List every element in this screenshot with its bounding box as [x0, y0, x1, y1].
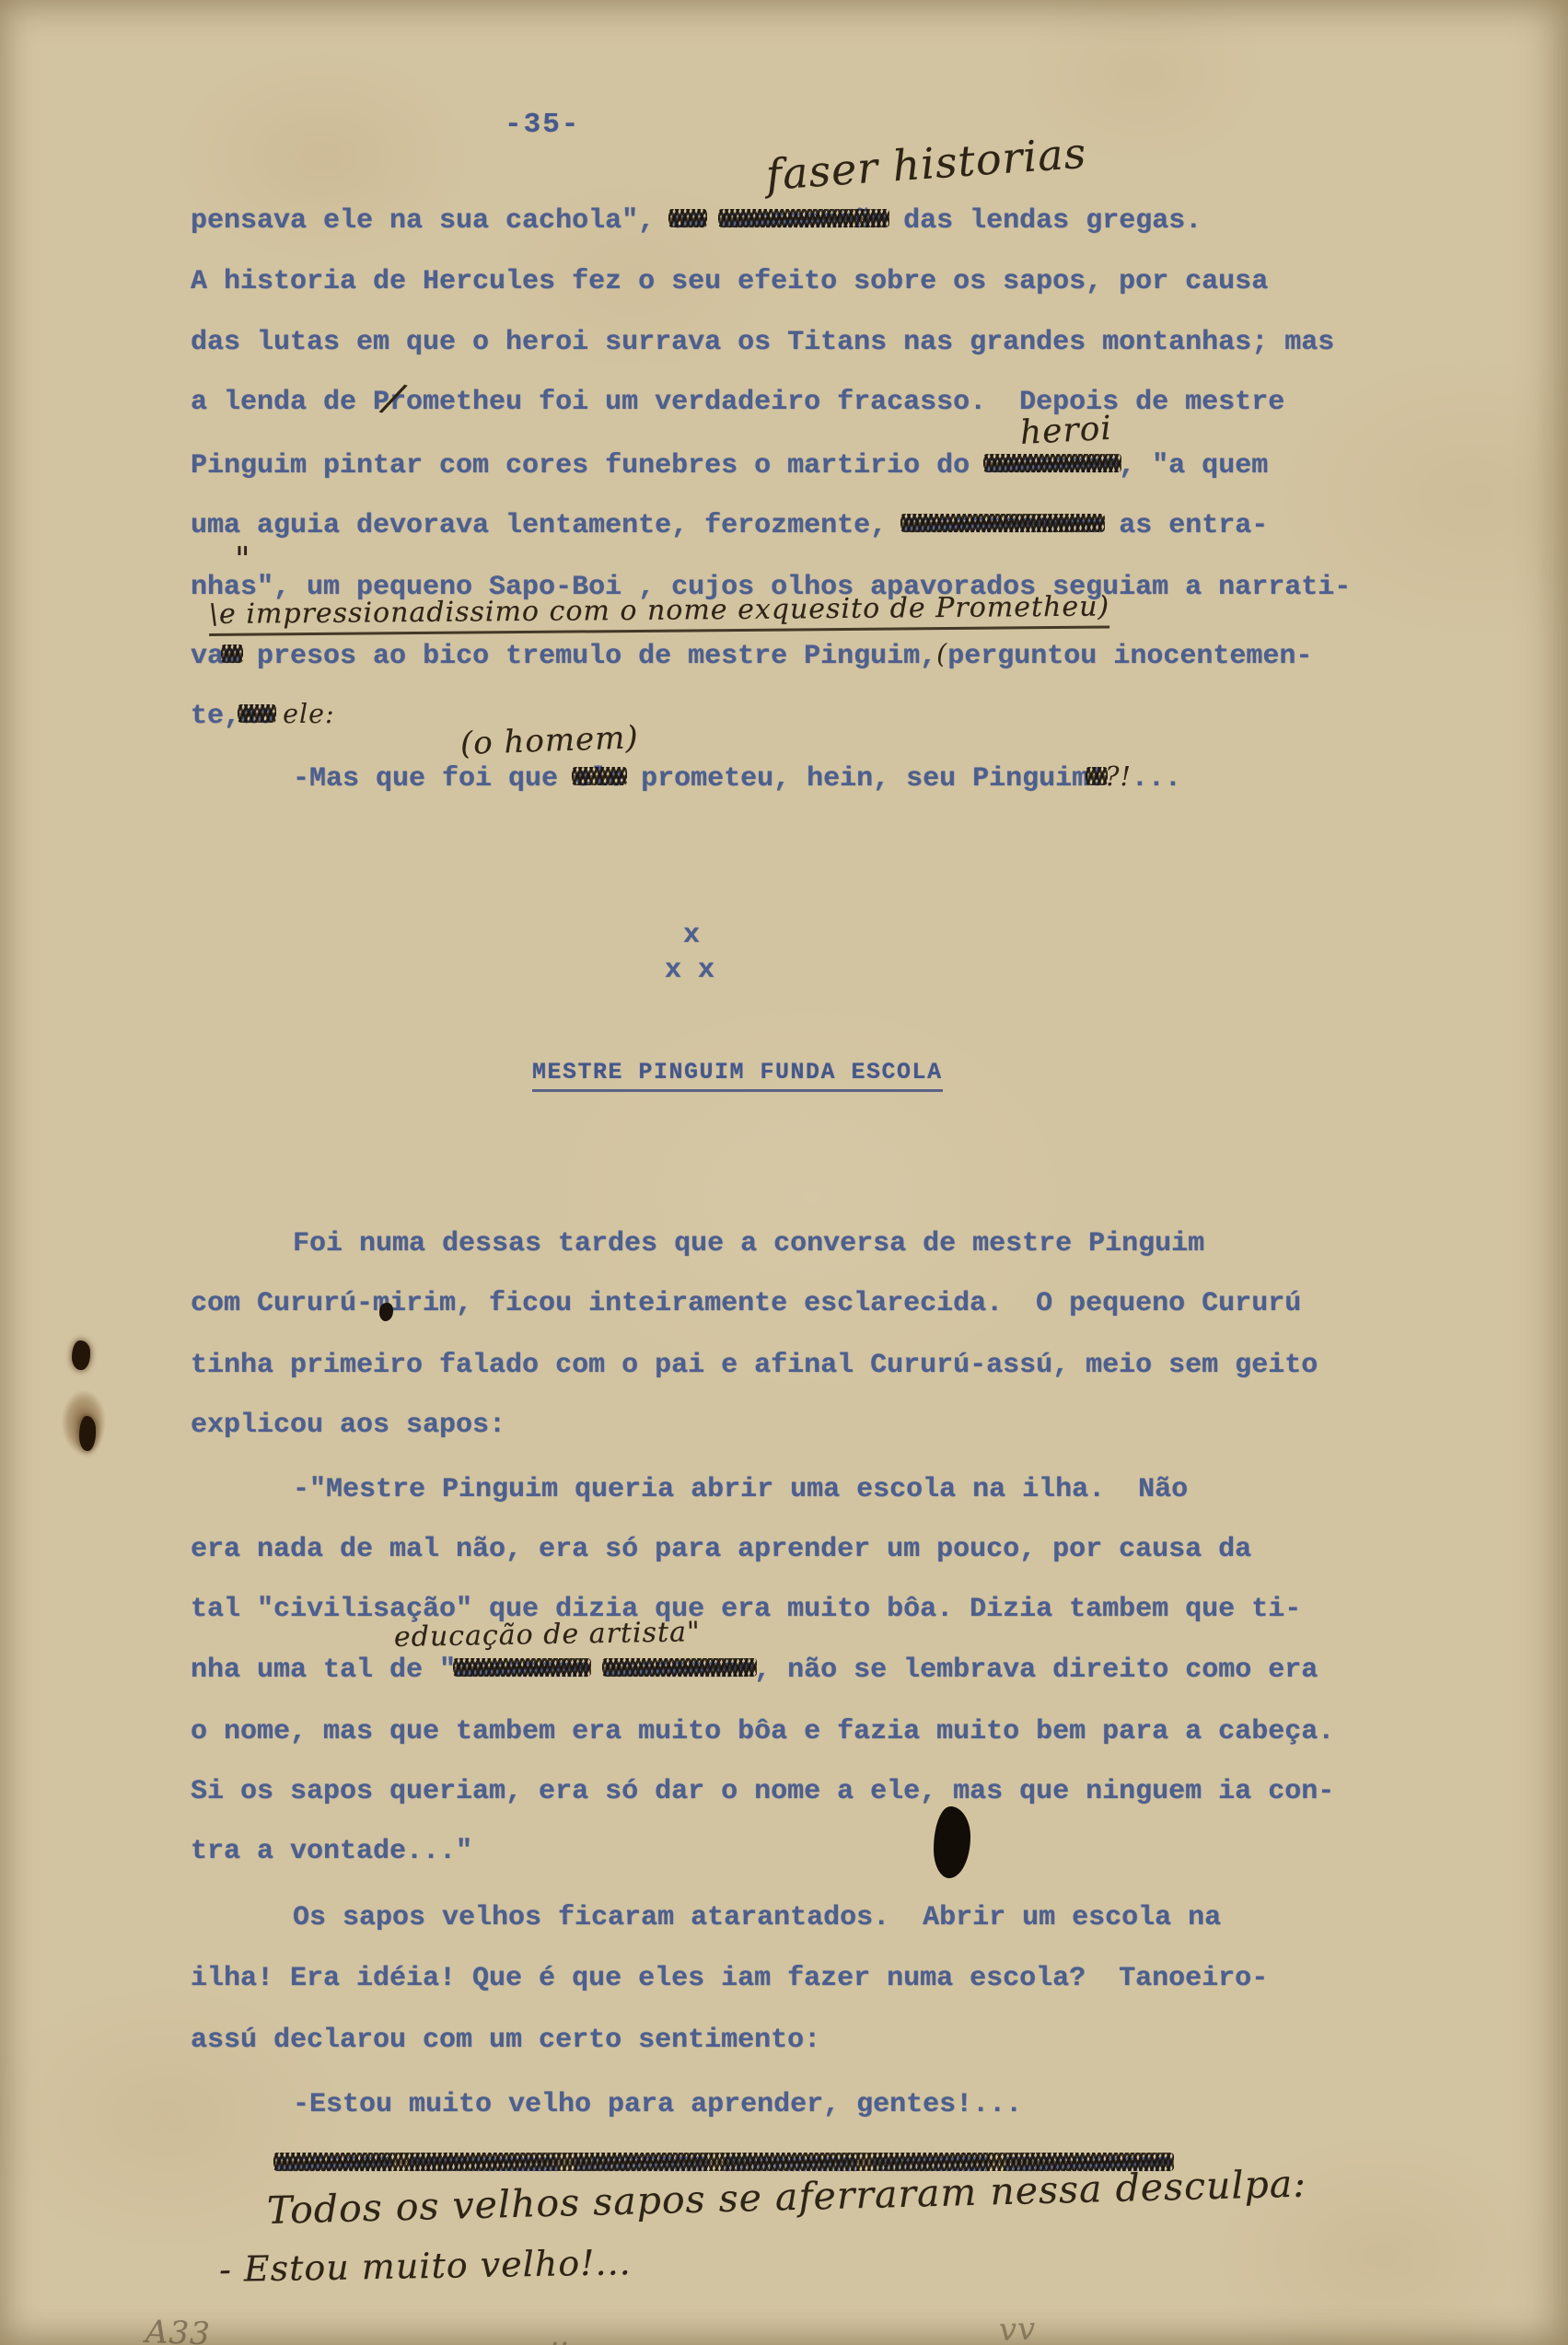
typed-text: Os sapos velhos ficaram atarantados. Abr… — [293, 1902, 1221, 1933]
struckout-text: mmmmmmmmm — [605, 1654, 754, 1686]
typed-text: das lutas em que o heroi surrava os Tita… — [191, 327, 1334, 358]
chapter-title: MESTRE PINGUIM FUNDA ESCOLA — [532, 1059, 943, 1092]
handwritten-annotation: heroi — [1019, 412, 1113, 451]
paper-stain — [79, 1416, 96, 1451]
handwritten-annotation: faser historias — [764, 131, 1087, 198]
typed-line: explicou aos sapos: — [191, 1410, 505, 1441]
cut-off-mark: vv — [998, 2314, 1037, 2345]
typed-text: o nome, mas que tambem era muito bôa e f… — [191, 1716, 1334, 1747]
typed-text: das lendas gregas. — [887, 205, 1202, 237]
typed-line: vam presos ao bico tremulo de mestre Pin… — [191, 640, 1312, 672]
typed-line: a lenda de Prometheu foi um verdadeiro f… — [191, 388, 1284, 418]
typed-text: ... — [1132, 763, 1181, 795]
typed-line: Foi numa dessas tardes que a conversa de… — [293, 1229, 1204, 1260]
typed-line: com Cururú-mirim, ficou inteiramente esc… — [191, 1289, 1301, 1319]
typed-line: -"Mestre Pinguim queria abrir uma escola… — [293, 1475, 1188, 1505]
typed-text: era nada de mal não, era só para aprende… — [191, 1534, 1251, 1565]
typed-text: tinha primeiro falado com o pai e afinal… — [191, 1350, 1318, 1381]
handwritten-annotation: (o homem) — [459, 722, 639, 760]
typed-text: Pinguim pintar com cores funebres o mart… — [191, 450, 986, 482]
struckout-text: mmmmmmmm — [986, 450, 1119, 482]
typed-text: -"Mestre Pinguim queria abrir uma escola… — [293, 1474, 1188, 1505]
typed-text: va — [191, 641, 224, 672]
typed-text: pensava ele na sua cachola", — [191, 205, 671, 237]
typed-line: -Mas que foi que ele prometeu, hein, seu… — [293, 762, 1181, 795]
typed-text: assú declarou com um certo sentimento: — [191, 2025, 820, 2056]
typed-text: nha uma tal de " — [191, 1654, 456, 1686]
handwritten-annotation: educação de artista" — [394, 1618, 701, 1652]
typed-text: tal "civilisação" que dizia que era muit… — [191, 1594, 1301, 1625]
handwritten-annotation: \e impressionadissimo com o nome exquesi… — [209, 592, 1110, 635]
section-separator: x — [683, 921, 700, 951]
typed-line: Pinguim pintar com cores funebres o mart… — [191, 451, 1268, 482]
typed-line: o nome, mas que tambem era muito bôa e f… — [191, 1717, 1334, 1747]
typed-line: tra a vontade..." — [191, 1837, 472, 1867]
struckout-text: mmmmmmmmmmmm — [903, 510, 1102, 541]
typed-line: A historia de Hercules fez o seu efeito … — [191, 267, 1268, 297]
typed-line: assú declarou com um certo sentimento: — [191, 2026, 820, 2056]
typed-line: pensava ele na sua cachola", um mmmmmmmm… — [191, 206, 1202, 237]
typed-line: ilha! Era idéia! Que é que eles iam faze… — [191, 1964, 1268, 1994]
typed-text: tra a vontade..." — [191, 1836, 472, 1867]
handwritten-correction: ele: — [273, 699, 335, 729]
section-separator: x x — [665, 956, 714, 986]
typed-line: -Estou muito velho para aprender, gentes… — [293, 2090, 1022, 2120]
typed-line: tinha primeiro falado com o pai e afinal… — [191, 1351, 1318, 1381]
paper-stain — [72, 1341, 90, 1370]
handwritten-correction: ( — [936, 639, 947, 669]
struckout-text: mmmmmmmmñm — [721, 205, 887, 237]
page-number: -35- — [505, 109, 580, 141]
typed-text: A historia de Hercules fez o seu efeito … — [191, 266, 1268, 297]
typed-text: uma aguia devorava lentamente, ferozment… — [191, 510, 903, 541]
typed-text: as entra- — [1102, 510, 1268, 541]
typed-line: Si os sapos queriam, era só dar o nome a… — [191, 1777, 1334, 1807]
typed-text: perguntou inocentemen- — [947, 641, 1312, 672]
inserted-quote-mark: " — [235, 543, 251, 578]
typed-text: Foi numa dessas tardes que a conversa de… — [293, 1228, 1204, 1260]
ink-blot — [934, 1806, 970, 1878]
typed-text: com Cururú-mirim, ficou inteiramente esc… — [191, 1288, 1301, 1319]
struckout-text: ao — [240, 701, 273, 732]
typed-text: x x — [665, 955, 714, 986]
typed-text: prometeu, hein, seu Pinguim — [624, 763, 1088, 795]
typed-text: -Mas que foi que — [293, 763, 575, 795]
typed-text: presos ao bico tremulo de mestre Pinguim… — [240, 641, 936, 672]
struckout-text: mmmmmmmm — [456, 1654, 588, 1686]
handwritten-annotation: - Estou muito velho!... — [219, 2245, 632, 2289]
typed-line: Os sapos velhos ficaram atarantados. Abr… — [293, 1903, 1221, 1933]
cut-off-mark: A33 — [145, 2316, 211, 2345]
struckout-text: ! — [1088, 763, 1105, 795]
typed-text: explicou aos sapos: — [191, 1410, 505, 1441]
typed-text: a lenda de Prometheu foi um verdadeiro f… — [191, 387, 1284, 418]
cut-off-mark: .. — [551, 2322, 570, 2345]
struckout-text: ele — [575, 763, 624, 795]
typed-line: era nada de mal não, era só para aprende… — [191, 1535, 1251, 1565]
typed-line: uma aguia devorava lentamente, ferozment… — [191, 511, 1268, 541]
typed-line: nha uma tal de "mmmmmmmm mmmmmmmmm, não … — [191, 1655, 1318, 1686]
typed-text: te, — [191, 701, 240, 732]
typed-text: -Estou muito velho para aprender, gentes… — [293, 2089, 1022, 2120]
typed-text: ilha! Era idéia! Que é que eles iam faze… — [191, 1963, 1268, 1994]
typed-line: das lutas em que o heroi surrava os Tita… — [191, 328, 1334, 358]
typed-line: te,ao ele: — [191, 700, 335, 732]
typed-text: , não se lembrava direito como era — [754, 1654, 1318, 1686]
typed-line: tal "civilisação" que dizia que era muit… — [191, 1595, 1301, 1625]
manuscript-page: -35- MESTRE PINGUIM FUNDA ESCOLA pensava… — [0, 0, 1568, 2345]
struckout-text: um — [671, 205, 704, 237]
typed-text: x — [683, 920, 700, 951]
handwritten-correction: ?! — [1105, 761, 1132, 792]
struckout-text: m — [224, 641, 240, 672]
typed-text: Si os sapos queriam, era só dar o nome a… — [191, 1776, 1334, 1807]
typed-text: , "a quem — [1119, 450, 1268, 482]
